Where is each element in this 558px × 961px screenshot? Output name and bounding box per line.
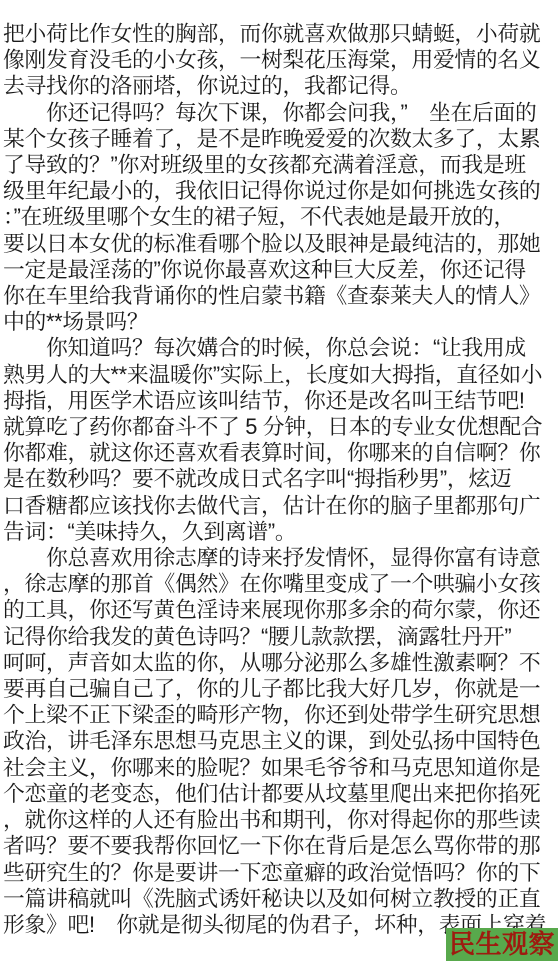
text-line: 要再自己骗自己了，你的儿子都比我大好几岁，你就是一 [3,676,556,702]
page: { "page": { "background": "#ffffff", "te… [0,0,558,961]
text-line: 要以日本女优的标准看哪个脸以及眼神是最纯洁的，那她 [3,231,556,257]
text-line: 口香糖都应该找你去做代言，估计在你的脑子里都那句广 [3,493,556,519]
text-line: 了导致的？”你对班级里的女孩都充满着淫意，而我是班 [3,152,556,178]
text-line: 像刚发育没毛的小女孩，一树梨花压海棠，用爱情的名义 [3,47,556,73]
text-line: 些研究生的？你是要讲一下恋童癖的政治觉悟吗？你的下 [3,860,556,886]
text-line: 记得你给我发的黄色诗吗？“腰儿款款摆，滴露牡丹开” [3,624,556,650]
text-line: 熟男人的大**来温暖你”实际上，长度如大拇指，直径如小 [3,362,556,388]
text-line: ，就你这样的人还有脸出书和期刊，你对得起你的那些读 [3,807,556,833]
text-line: 个上梁不正下梁歪的畸形产物，你还到处带学生研究思想 [3,702,556,728]
text-line: 一定是最淫荡的”你说你最喜欢这种巨大反差，你还记得 [3,257,556,283]
text-line: 个恋童的老变态，他们估计都要从坟墓里爬出来把你掐死 [3,781,556,807]
text-line: ：”在班级里哪个女生的裙子短，不代表她是最开放的， [3,204,556,230]
text-line: 告词：“美味持久，久到离谱”。 [3,519,556,545]
text-line: 者吗？要不要我帮你回忆一下你在背后是怎么骂你带的那 [3,833,556,859]
text-line: 政治，讲毛泽东思想马克思主义的课，到处弘扬中国特色 [3,728,556,754]
text-line: 级里年纪最小的，我依旧记得你说过你是如何挑选女孩的 [3,178,556,204]
text-line: 社会主义，你哪来的脸呢？如果毛爷爷和马克思知道你是 [3,755,556,781]
text-line: 拇指，用医学术语应该叫结节，你还是改名叫王结节吧! [3,388,556,414]
text-line: 就算吃了药你都奋斗不了 5 分钟，日本的专业女优想配合 [3,414,556,440]
text-line: ，徐志摩的那首《偶然》在你嘴里变成了一个哄骗小女孩 [3,571,556,597]
text-line: 你都难，就这你还喜欢看表算时间，你哪来的自信啊？你 [3,440,556,466]
text-line: 中的**场景吗？ [3,309,556,335]
text-line: 你还记得吗？每次下课，你都会问我，” 坐在后面的 [3,100,556,126]
text-line: 某个女孩子睡着了，是不是昨晚爱爱的次数太多了，太累 [3,126,556,152]
text-line: 的工具，你还写黄色淫诗来展现你那多余的荷尔蒙，你还 [3,597,556,623]
watermark-badge: 民生观察 [446,928,558,961]
document-text: 把小荷比作女性的胸部，而你就喜欢做那只蜻蜓，小荷就像刚发育没毛的小女孩，一树梨花… [0,0,558,938]
text-line: 一篇讲稿就叫《洗脑式诱奸秘诀以及如何树立教授的正直 [3,886,556,912]
text-line: 你在车里给我背诵你的性启蒙书籍《查泰莱夫人的情人》 [3,283,556,309]
text-line: 你总喜欢用徐志摩的诗来抒发情怀，显得你富有诗意 [3,545,556,571]
text-line: 把小荷比作女性的胸部，而你就喜欢做那只蜻蜓，小荷就 [3,21,556,47]
text-line: 去寻找你的洛丽塔，你说过的，我都记得。 [3,73,556,99]
text-line: 是在数秒吗？要不就改成日式名字叫“拇指秒男”，炫迈 [3,466,556,492]
text-line: 呵呵，声音如太监的你，从哪分泌那么多雄性激素啊？不 [3,650,556,676]
text-line: 你知道吗？每次媾合的时候，你总会说：“让我用成 [3,335,556,361]
